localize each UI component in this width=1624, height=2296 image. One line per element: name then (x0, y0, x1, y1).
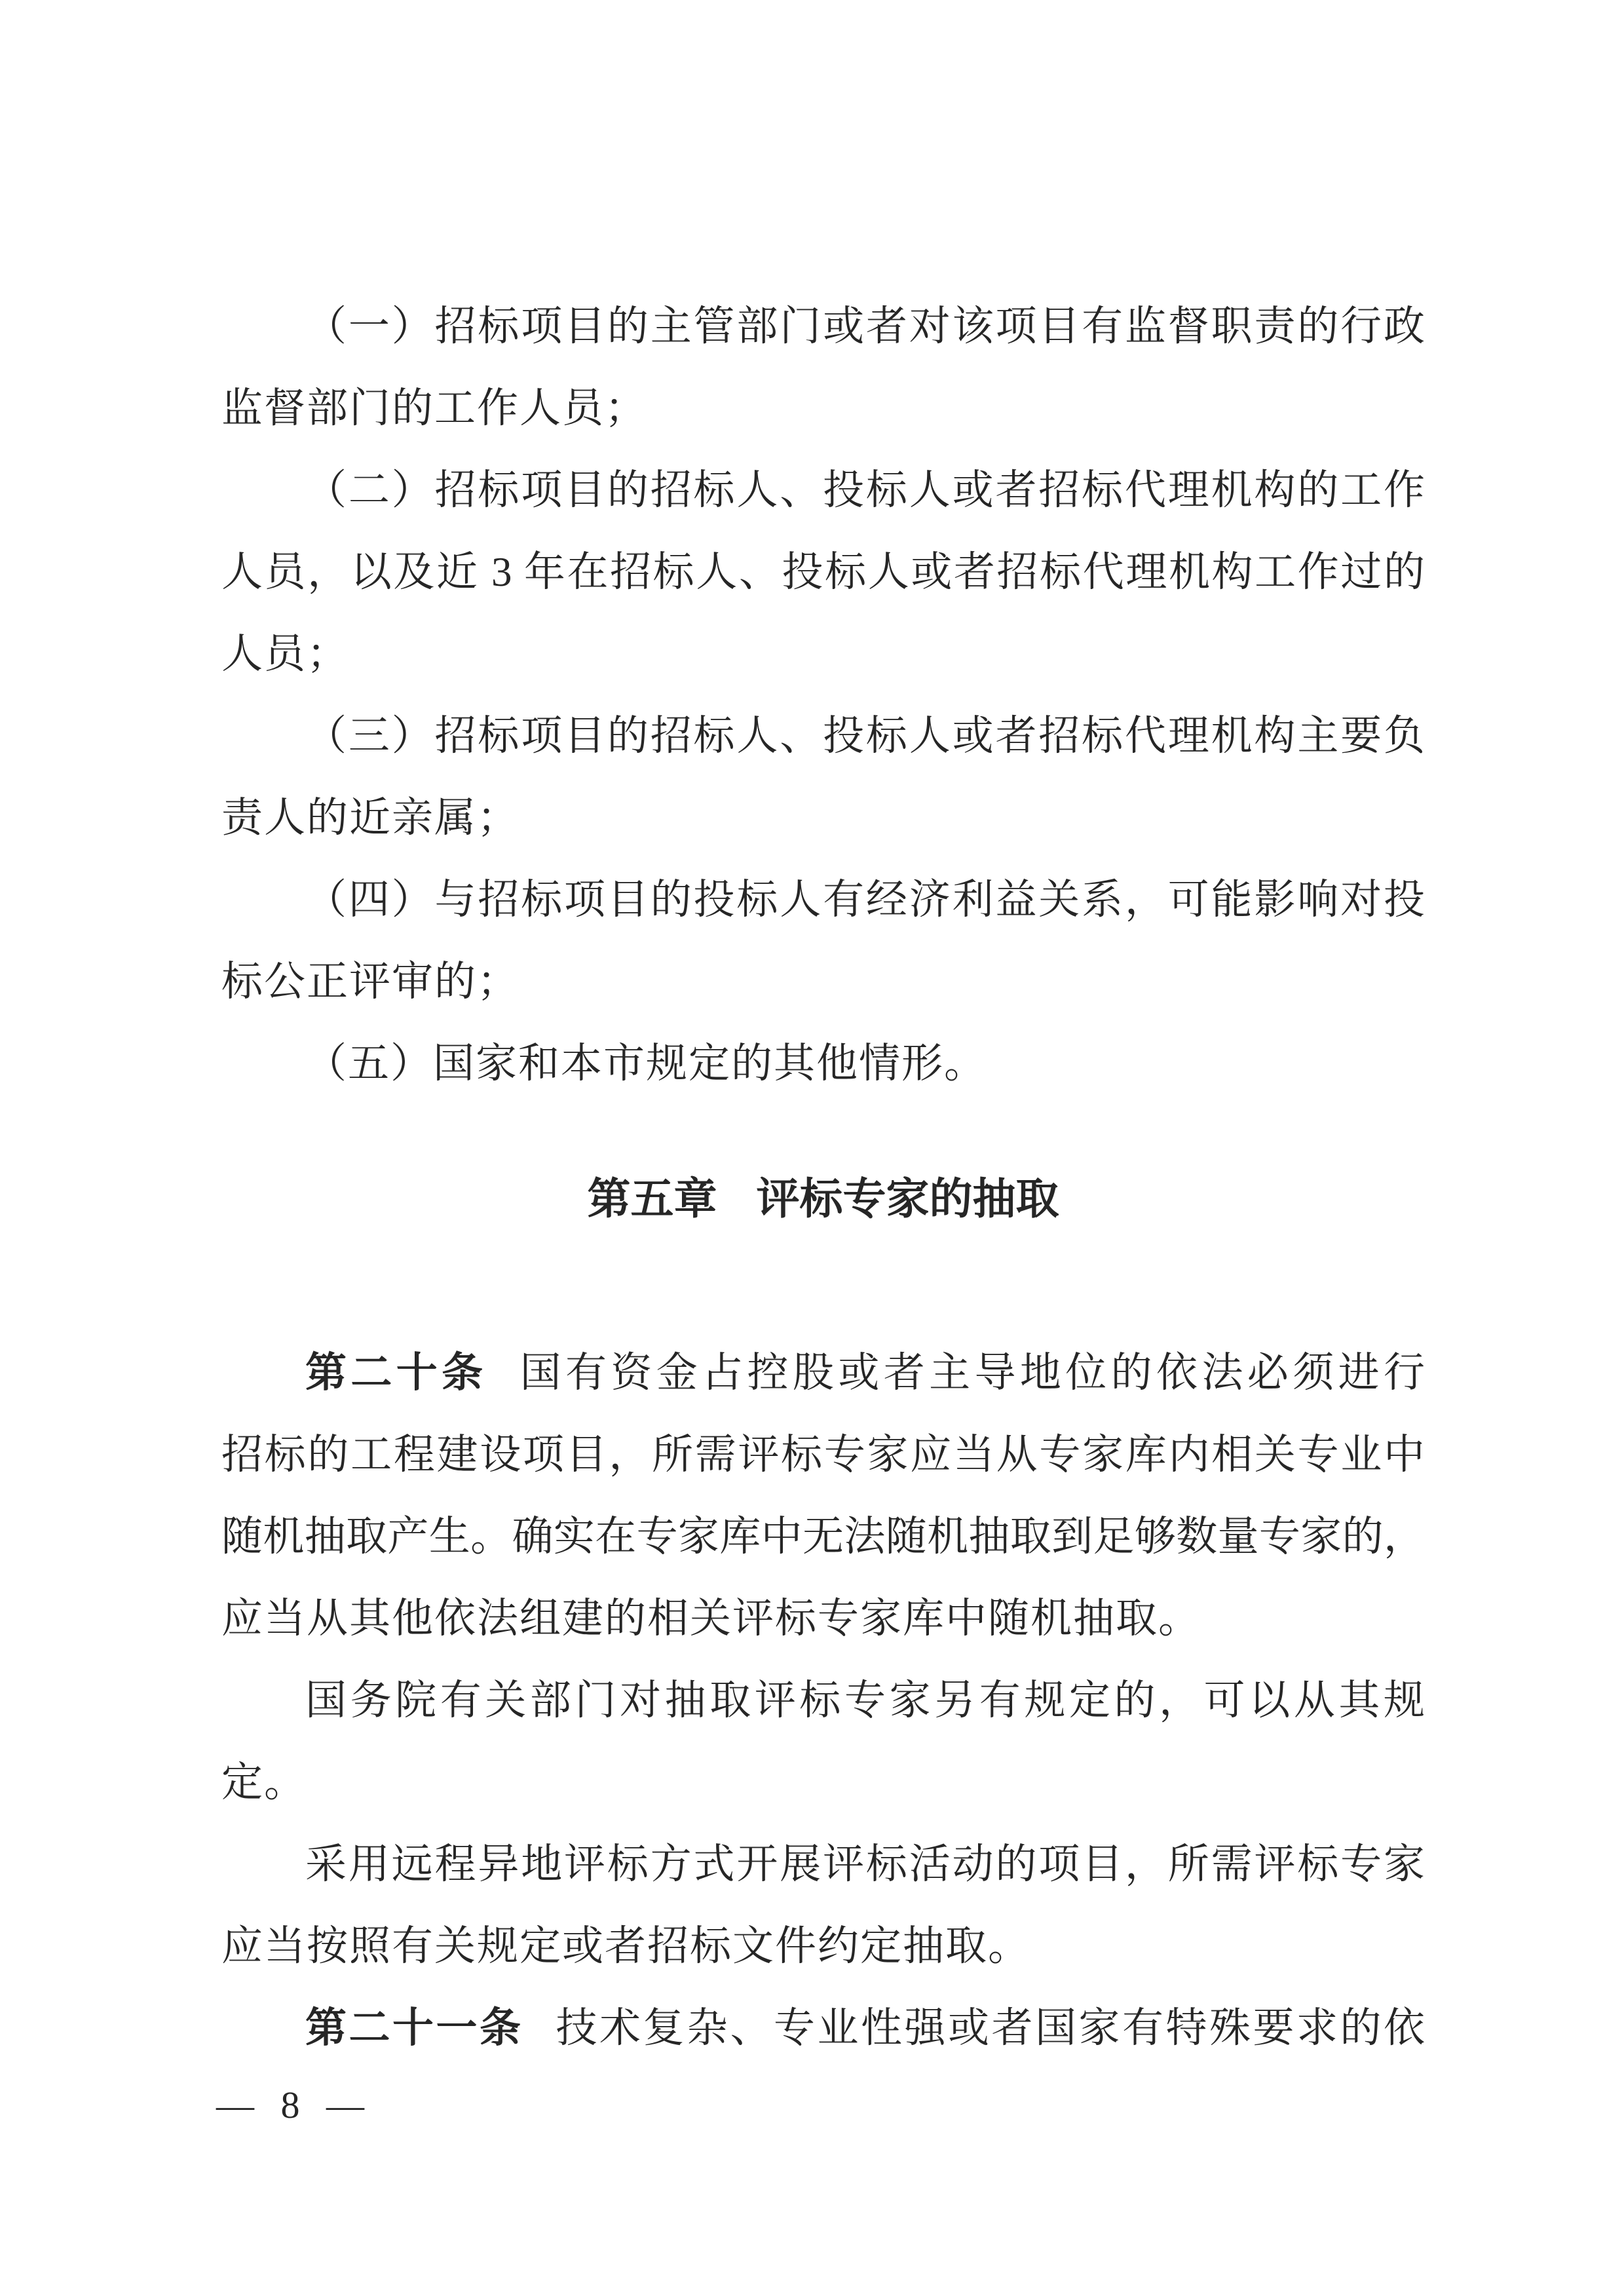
article-21-opening-text: 技术复杂、专业性强或者国家有特殊要求的依 (556, 2005, 1426, 2051)
document-page: （一）招标项目的主管部门或者对该项目有监督职责的行政 监督部门的工作人员； （二… (0, 0, 1624, 2296)
document-body: （一）招标项目的主管部门或者对该项目有监督职责的行政 监督部门的工作人员； （二… (221, 286, 1425, 2069)
article-20-line-8: 应当按照有关规定或者招标文件约定抽取。 (221, 1905, 1425, 1987)
clause-line-9: 标公正评审的； (221, 941, 1425, 1023)
clause-line-7: 责人的近亲属； (221, 777, 1425, 859)
article-20-opening-line: 第二十条国有资金占控股或者主导地位的依法必须进行 (221, 1332, 1425, 1414)
clause-line-1: （一）招标项目的主管部门或者对该项目有监督职责的行政 (221, 286, 1425, 368)
clause-line-2: 监督部门的工作人员； (221, 368, 1425, 450)
article-20-line-6: 定。 (221, 1742, 1425, 1824)
clause-line-10: （五）国家和本市规定的其他情形。 (221, 1023, 1425, 1105)
chapter-heading: 第五章评标专家的抽取 (221, 1158, 1425, 1240)
article-20-opening-text: 国有资金占控股或者主导地位的依法必须进行 (520, 1350, 1425, 1396)
clause-line-5: 人员； (221, 613, 1425, 695)
article-20-line-3: 随机抽取产生。确实在专家库中无法随机抽取到足够数量专家的， (221, 1496, 1425, 1578)
page-number: — 8 — (216, 2064, 367, 2146)
clause-line-3: （二）招标项目的招标人、投标人或者招标代理机构的工作 (221, 450, 1425, 531)
article-20-number: 第二十条 (305, 1350, 487, 1396)
clause-line-4: 人员，以及近 3 年在招标人、投标人或者招标代理机构工作过的 (221, 531, 1425, 613)
article-20-line-5: 国务院有关部门对抽取评标专家另有规定的，可以从其规 (221, 1660, 1425, 1742)
article-21-number: 第二十一条 (305, 2005, 523, 2051)
article-20-line-7: 采用远程异地评标方式开展评标活动的项目，所需评标专家 (221, 1824, 1425, 1905)
clause-line-6: （三）招标项目的招标人、投标人或者招标代理机构主要负 (221, 695, 1425, 777)
article-20-line-2: 招标的工程建设项目，所需评标专家应当从专家库内相关专业中 (221, 1414, 1425, 1496)
chapter-label: 第五章 (588, 1176, 717, 1223)
article-21-opening-line: 第二十一条技术复杂、专业性强或者国家有特殊要求的依 (221, 1987, 1425, 2069)
clause-line-8: （四）与招标项目的投标人有经济利益关系，可能影响对投 (221, 859, 1425, 941)
chapter-title: 评标专家的抽取 (757, 1176, 1059, 1223)
article-20-line-4: 应当从其他依法组建的相关评标专家库中随机抽取。 (221, 1578, 1425, 1660)
